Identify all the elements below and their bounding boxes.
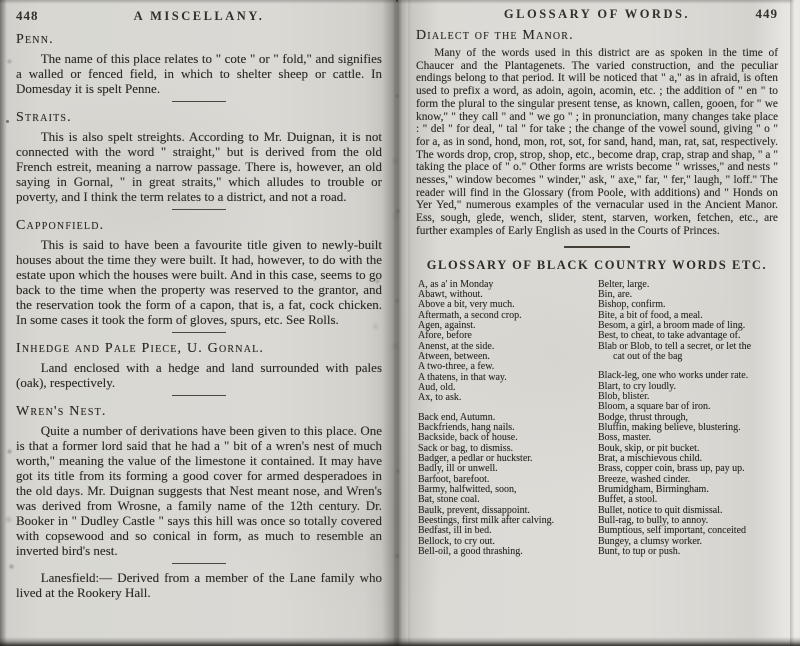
glossary-columns: A, as a' in MondayAbawt, without.Above a… (416, 280, 778, 558)
section-divider (172, 332, 226, 333)
glossary-column-left: A, as a' in MondayAbawt, without.Above a… (416, 280, 598, 558)
right-running-title: GLOSSARY OF WORDS. (456, 7, 738, 22)
page-right: GLOSSARY OF WORDS. 449 Dialect of the Ma… (408, 0, 800, 646)
right-page-number: 449 (738, 6, 778, 22)
right-running-head: GLOSSARY OF WORDS. 449 (416, 6, 778, 22)
section-divider (172, 209, 226, 210)
section-heading-penn: Penn. (16, 32, 382, 48)
section-body-capponfield: This is said to have been a favourite ti… (16, 237, 382, 327)
section-heading-inhedge: Inhedge and Pale Piece, U. Gornal. (16, 341, 382, 357)
section-heading-dialect: Dialect of the Manor. (416, 28, 778, 44)
left-running-title: A MISCELLANY. (56, 9, 342, 24)
glossary-heading: GLOSSARY OF BLACK COUNTRY WORDS ETC. (416, 258, 778, 273)
section-body-wrens-nest: Quite a number of derivations have been … (16, 423, 382, 558)
dialect-intro-paragraph: Many of the words used in this district … (416, 47, 778, 238)
section-divider (564, 246, 630, 248)
section-heading-straits: Straits. (16, 110, 382, 126)
left-page-number: 448 (16, 8, 56, 24)
section-body-lanesfield: Lanesfield:— Derived from a member of th… (16, 570, 382, 600)
section-divider (172, 101, 226, 102)
page-left: 448 A MISCELLANY. Penn. The name of this… (0, 0, 396, 646)
glossary-entry: Bell-oil, a good thrashing. (418, 547, 598, 557)
section-heading-wrens-nest: Wren's Nest. (16, 404, 382, 420)
section-body-penn: The name of this place relates to " cote… (16, 51, 382, 96)
book-scan: 448 A MISCELLANY. Penn. The name of this… (0, 0, 800, 646)
glossary-entry: Ax, to ask. (418, 393, 598, 403)
glossary-column-right: Belter, large.Bin, are.Bishop, confirm.B… (598, 280, 778, 558)
glossary-entry: Bunt, to tup or push. (598, 547, 778, 557)
glossary-entry: cat out of the bag (598, 352, 778, 362)
section-body-inhedge: Land enclosed with a hedge and land surr… (16, 360, 382, 390)
section-divider (172, 395, 226, 396)
section-divider (172, 563, 226, 564)
section-heading-capponfield: Capponfield. (16, 218, 382, 234)
left-running-head: 448 A MISCELLANY. (16, 8, 382, 24)
section-body-straits: This is also spelt streights. According … (16, 129, 382, 204)
gutter-ink-specks (396, 0, 398, 2)
